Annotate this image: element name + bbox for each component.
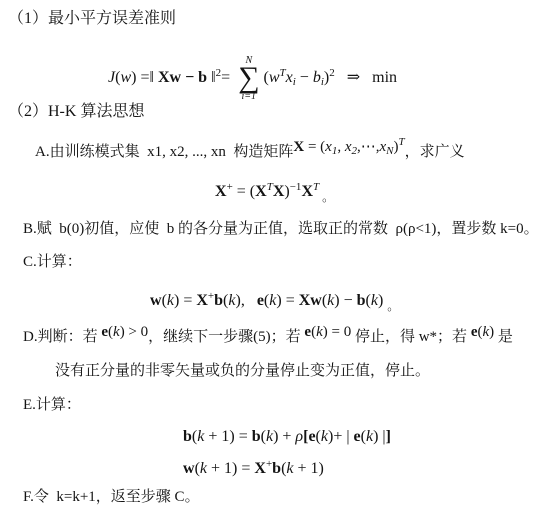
formula-w-update: w(k + 1) = X+b(k + 1): [183, 451, 324, 482]
section-1-heading: （1）最小平方误差准则: [8, 8, 176, 30]
step-d-line-2: 没有正分量的非零矢量或负的分量停止变为正值，停止。: [55, 360, 430, 382]
step-f-line: F.令 k=k+1，返至步骤 C。: [23, 486, 200, 508]
step-d-line-1: D.判断：若 e(k) > 0，继续下一步骤(5)；若 e(k) = 0 停止，…: [23, 326, 513, 348]
step-a-line: A.由训练模式集 x1, x2, ..., xn 构造矩阵X = (x1, x2…: [35, 136, 465, 167]
section-2-heading: （2）H-K 算法思想: [8, 101, 144, 123]
summation-symbol: N∑i=1: [238, 55, 259, 102]
step-b-line: B.赋 b(0)初值，应使 b 的各分量为正值，选取正的常数 ρ(ρ<1)，置步…: [23, 218, 539, 240]
document-page: （1）最小平方误差准则 J(w) =‖ Xw − b ‖2= N∑i=1(wTx…: [0, 0, 559, 517]
formula-wk-ek: w(k) = X+b(k), e(k) = Xw(k) − b(k) 。: [150, 283, 399, 319]
formula-least-square-criterion: J(w) =‖ Xw − b ‖2= N∑i=1(wTxi − bi)2 ⇒ m…: [108, 55, 397, 102]
formula-pseudoinverse: X+ = (XTX)−1XT 。: [215, 174, 334, 210]
formula-b-update: b(k + 1) = b(k) + ρ[e(k)+ | e(k) |]: [183, 424, 391, 450]
step-c-label: C.计算：: [23, 251, 82, 273]
step-e-label: E.计算：: [23, 394, 81, 416]
